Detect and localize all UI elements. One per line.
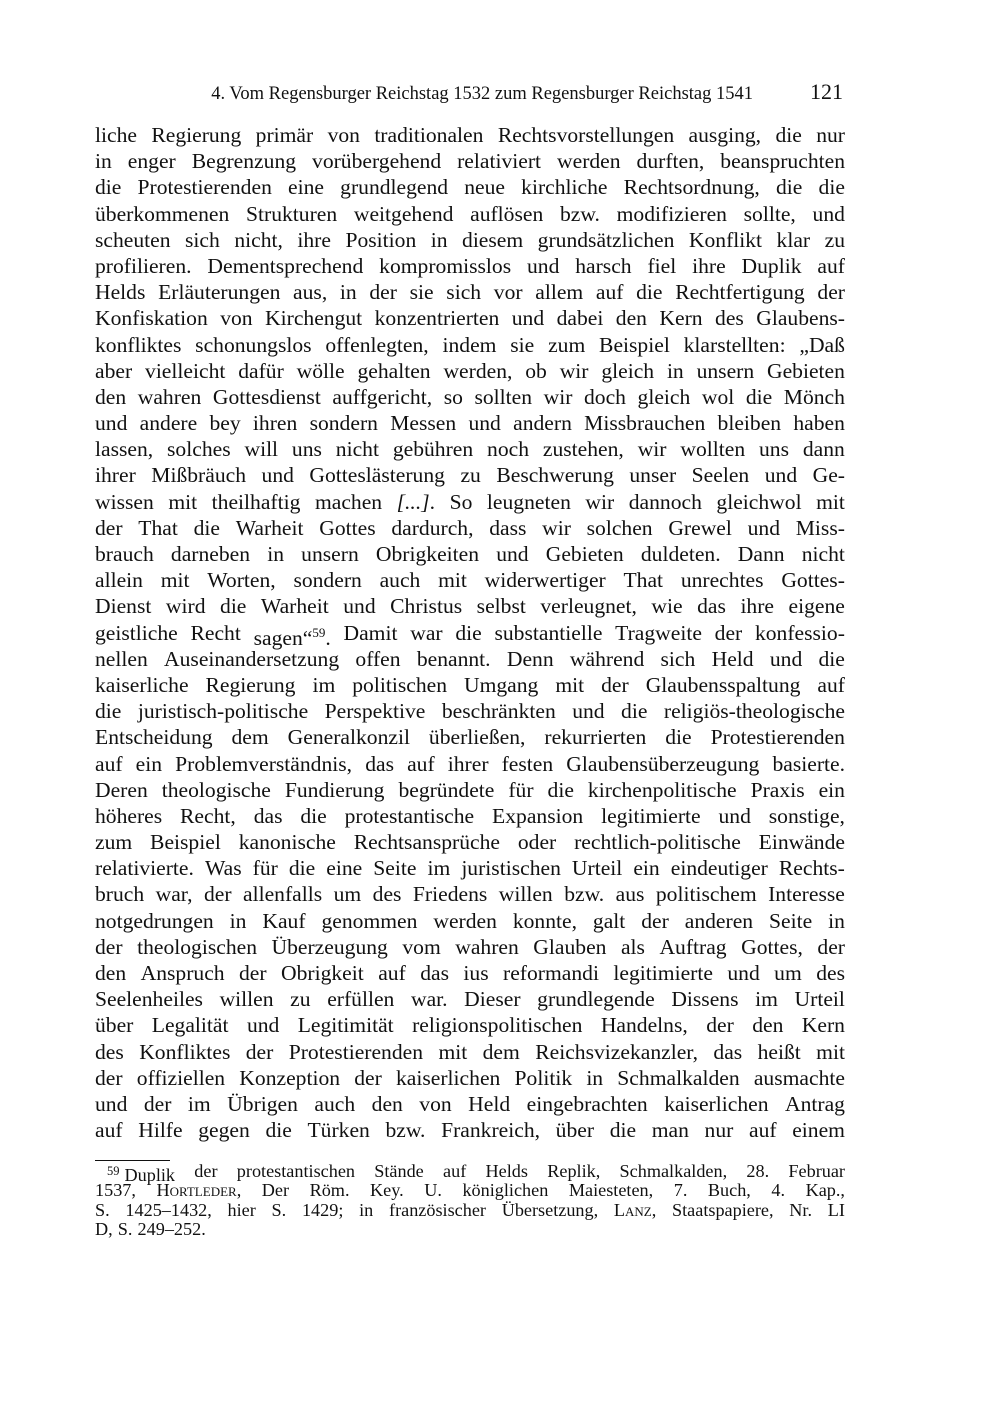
footnotes: 59DuplikderprotestantischenStändeaufHeld… [95,1162,845,1240]
text-line: inengerBegrenzungvorübergehendrelativier… [95,148,845,174]
footnote-line: S.1425–1432,hierS.1429;infranzösischerÜb… [95,1201,845,1220]
page-number: 121 [810,78,843,106]
text-line: geistlicheRechtsagen“59.Damitwardiesubst… [95,620,845,646]
text-line: zumBeispielkanonischeRechtsansprücheoder… [95,829,845,855]
footnote-line: 1537,Hortleder,DerRöm.Key.U.königlichenM… [95,1181,845,1200]
text-line: aufeinProblemverständnis,dasaufihrerfest… [95,751,845,777]
text-line: denwahrenGottesdienstauffgericht,sosollt… [95,384,845,410]
text-line: derThatdieWarheitGottesdardurch,dasswirs… [95,515,845,541]
text-line: KonfiskationvonKirchengutkonzentriertenu… [95,305,845,331]
text-line: aufHilfegegendieTürkenbzw.Frankreich,übe… [95,1117,845,1143]
text-line: konfliktesschonungslosoffenlegten,indems… [95,332,845,358]
body-text: licheRegierungprimärvontraditionalenRech… [95,122,845,1143]
document-page: 4. Vom Regensburger Reichstag 1532 zum R… [0,0,1004,1418]
text-line: brauchdarnebeninunsernObrigkeitenundGebi… [95,541,845,567]
footnote-rule [95,1160,170,1161]
footnote-line: D,S.249–252. [95,1220,845,1239]
text-line: dertheologischenÜberzeugungvomwahrenGlau… [95,934,845,960]
text-line: denAnspruchderObrigkeitaufdasiusreforman… [95,960,845,986]
author-name: Lanz [614,1200,652,1220]
text-line: deroffiziellenKonzeptionderkaiserlichenP… [95,1065,845,1091]
text-line: lassen,solcheswillunsnichtgebührennochzu… [95,436,845,462]
text-line: nellenAuseinandersetzungoffenbenannt.Den… [95,646,845,672]
text-line: dieProtestierendeneinegrundlegendneuekir… [95,174,845,200]
text-line: profilieren.Dementsprechendkompromisslos… [95,253,845,279]
footnote-reference: 59 [312,625,325,640]
author-name: Hortleder [156,1180,236,1200]
text-line: diejuristisch-politischePerspektivebesch… [95,698,845,724]
text-line: ihrerMißbräuchundGotteslästerungzuBeschw… [95,462,845,488]
text-line: höheresRecht,dasdieprotestantischeExpans… [95,803,845,829]
text-line: licheRegierungprimärvontraditionalenRech… [95,122,845,148]
text-line: desKonfliktesderProtestierendenmitdemRei… [95,1039,845,1065]
text-line: abervielleichtdafürwöllegehaltenwerden,o… [95,358,845,384]
footnote-number: 59 [107,1164,120,1178]
text-line: DienstwirddieWarheitundChristusselbstver… [95,593,845,619]
text-line: überLegalitätundLegitimitätreligionspoli… [95,1012,845,1038]
text-line: kaiserlicheRegierungimpolitischenUmgangm… [95,672,845,698]
running-title: 4. Vom Regensburger Reichstag 1532 zum R… [211,80,753,108]
text-line: überkommenenStrukturenweitgehendauflösen… [95,201,845,227]
text-line: alleinmitWorten,sondernauchmitwiderwerti… [95,567,845,593]
text-line: relativierte.WasfürdieeineSeiteimjuristi… [95,855,845,881]
text-line: undanderebeyihrensondernMessenundandernM… [95,410,845,436]
text-line: wissenmittheilhaftigmachen[...].Soleugne… [95,489,845,515]
text-line: EntscheidungdemGeneralkonzilüberließen,r… [95,724,845,750]
text-line: Seelenheileswillenzuerfüllenwar.Diesergr… [95,986,845,1012]
text-line: undderimÜbrigenauchdenvonHeldeingebracht… [95,1091,845,1117]
editorial-ellipsis: [...] [397,490,430,514]
running-head: 4. Vom Regensburger Reichstag 1532 zum R… [95,80,845,108]
footnote-line: 59DuplikderprotestantischenStändeaufHeld… [95,1162,845,1181]
text-line: notgedrungeninKaufgenommenwerdenkonnte,g… [95,908,845,934]
text-line: HeldsErläuterungenaus,indersiesichvorall… [95,279,845,305]
text-line: bruchwar,derallenfallsumdesFriedenswille… [95,881,845,907]
text-line: DerentheologischeFundierungbegründetefür… [95,777,845,803]
text-line: scheutensichnicht,ihrePositionindiesemgr… [95,227,845,253]
